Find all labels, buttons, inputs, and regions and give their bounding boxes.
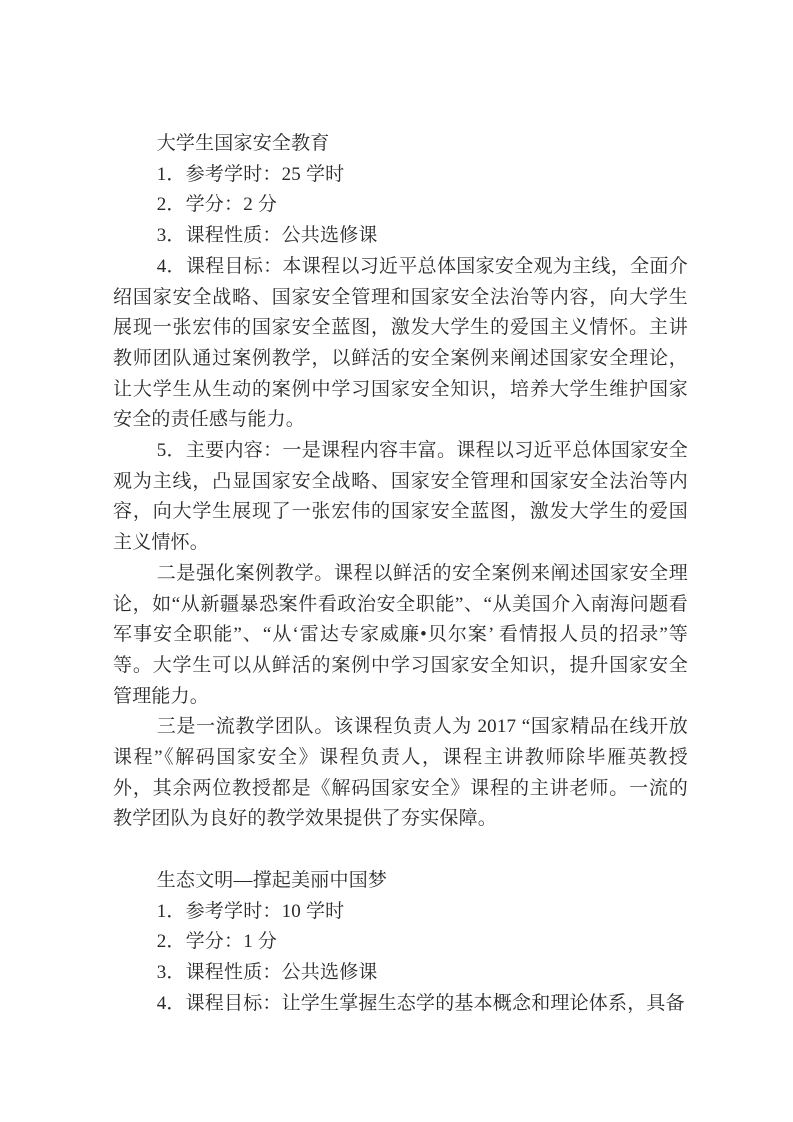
course-credit-line: 2．学分：1 分 — [113, 927, 688, 958]
course-content-paragraph-3: 三是一流教学团队。该课程负责人为 2017 “国家精品在线开放课程”《解码国家安… — [113, 712, 688, 835]
course-title: 生态文明—撑起美丽中国梦 — [113, 866, 688, 897]
course-type-line: 3．课程性质：公共选修课 — [113, 958, 688, 989]
course-content-paragraph-1: 5．主要内容：一是课程内容丰富。课程以习近平总体国家安全观为主线，凸显国家安全战… — [113, 436, 688, 559]
section-separator — [113, 835, 688, 866]
course-type-line: 3．课程性质：公共选修课 — [113, 221, 688, 252]
course-hours-line: 1．参考学时：25 学时 — [113, 160, 688, 191]
course-section-ecological-civilization: 生态文明—撑起美丽中国梦 1．参考学时：10 学时 2．学分：1 分 3．课程性… — [113, 866, 688, 1020]
document-page: 大学生国家安全教育 1．参考学时：25 学时 2．学分：2 分 3．课程性质：公… — [0, 0, 793, 1122]
course-credit-line: 2．学分：2 分 — [113, 190, 688, 221]
course-goal-line-truncated: 4．课程目标：让学生掌握生态学的基本概念和理论体系，具备 — [113, 989, 688, 1020]
course-title: 大学生国家安全教育 — [113, 129, 688, 160]
course-content-paragraph-2: 二是强化案例教学。课程以鲜活的安全案例来阐述国家安全理论，如“从新疆暴恐案件看政… — [113, 559, 688, 713]
course-hours-line: 1．参考学时：10 学时 — [113, 897, 688, 928]
course-goal-paragraph: 4．课程目标：本课程以习近平总体国家安全观为主线，全面介绍国家安全战略、国家安全… — [113, 252, 688, 436]
course-section-national-security: 大学生国家安全教育 1．参考学时：25 学时 2．学分：2 分 3．课程性质：公… — [113, 129, 688, 835]
